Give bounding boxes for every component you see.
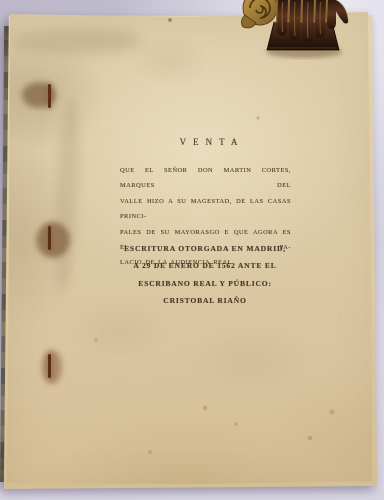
footer-line: ESCRIBANO REAL Y PÚBLICO: — [110, 275, 300, 292]
footer-line: A 29 DE ENERO DE 1562 ANTE EL — [110, 257, 300, 274]
paper-stack: VENTA QUE EL SEÑOR DON MARTIN CORTES, MA… — [0, 0, 384, 500]
document-title: VENTA — [105, 137, 312, 147]
water-stain — [51, 98, 83, 294]
document-footer: ESCRITURA OTORGADA EN MADRID, A 29 DE EN… — [110, 240, 300, 310]
footer-line: ESCRITURA OTORGADA EN MADRID, — [110, 240, 300, 257]
body-line: VALLE HIZO A SU MAGESTAD, DE LAS CASAS P… — [120, 194, 291, 225]
document-cover-page: VENTA QUE EL SEÑOR DON MARTIN CORTES, MA… — [0, 0, 384, 500]
staple — [48, 354, 51, 378]
body-line: QUE EL SEÑOR DON MARTIN CORTES, MARQUES … — [120, 163, 291, 194]
rust-stain — [36, 222, 70, 258]
bronze-statue-ornament — [238, 0, 356, 60]
photo-of-document: VENTA QUE EL SEÑOR DON MARTIN CORTES, MA… — [0, 0, 384, 500]
grime-smudge — [12, 28, 142, 54]
brass-rosette — [241, 0, 277, 28]
rust-stain — [42, 350, 62, 384]
footer-line: CRISTOBAL RIAÑO — [110, 292, 300, 309]
staple — [48, 84, 51, 108]
staple — [48, 226, 51, 250]
